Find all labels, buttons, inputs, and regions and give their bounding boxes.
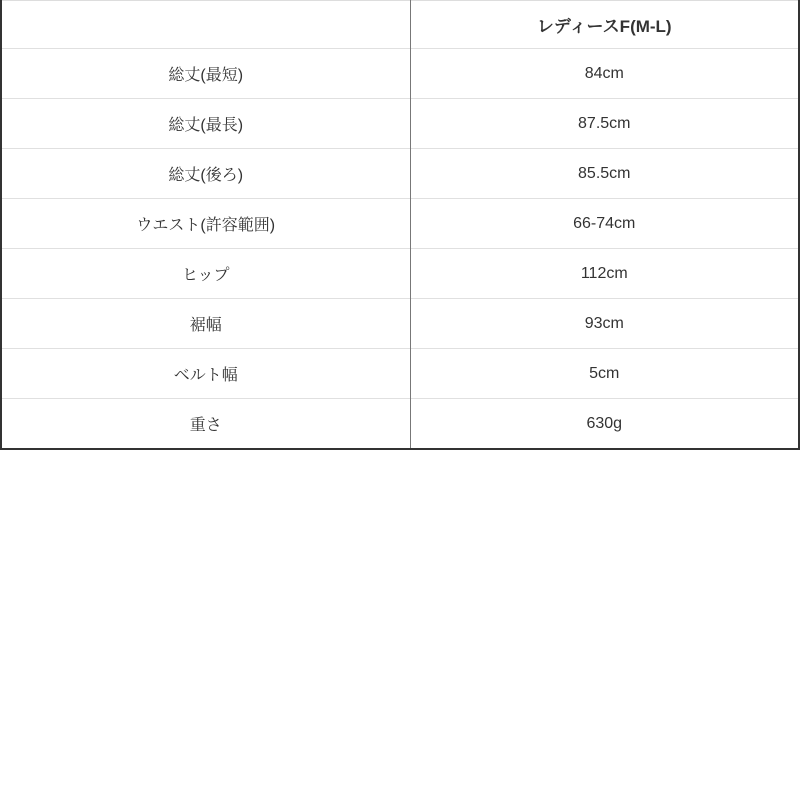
table-row: ヒップ 112cm — [1, 249, 799, 299]
row-value: 85.5cm — [410, 149, 799, 199]
table-row: 総丈(後ろ) 85.5cm — [1, 149, 799, 199]
table-row: 裾幅 93cm — [1, 299, 799, 349]
row-value: 66-74cm — [410, 199, 799, 249]
header-corner-cell — [1, 1, 410, 49]
row-label: ウエスト(許容範囲) — [1, 199, 410, 249]
table-row: ベルト幅 5cm — [1, 349, 799, 399]
row-value: 84cm — [410, 49, 799, 99]
table-row: 総丈(最短) 84cm — [1, 49, 799, 99]
size-spec-table: レディースF(M-L) 総丈(最短) 84cm 総丈(最長) 87.5cm 総丈… — [0, 0, 800, 450]
row-value: 5cm — [410, 349, 799, 399]
header-size-column-cell: レディースF(M-L) — [410, 1, 799, 49]
row-label: 裾幅 — [1, 299, 410, 349]
row-label: 総丈(後ろ) — [1, 149, 410, 199]
table-row: 総丈(最長) 87.5cm — [1, 99, 799, 149]
row-label: 重さ — [1, 399, 410, 450]
table-row: 重さ 630g — [1, 399, 799, 450]
row-label: ヒップ — [1, 249, 410, 299]
table-row: ウエスト(許容範囲) 66-74cm — [1, 199, 799, 249]
row-value: 630g — [410, 399, 799, 450]
row-label: ベルト幅 — [1, 349, 410, 399]
row-label: 総丈(最長) — [1, 99, 410, 149]
table-header-row: レディースF(M-L) — [1, 1, 799, 49]
row-value: 93cm — [410, 299, 799, 349]
row-value: 112cm — [410, 249, 799, 299]
row-label: 総丈(最短) — [1, 49, 410, 99]
row-value: 87.5cm — [410, 99, 799, 149]
